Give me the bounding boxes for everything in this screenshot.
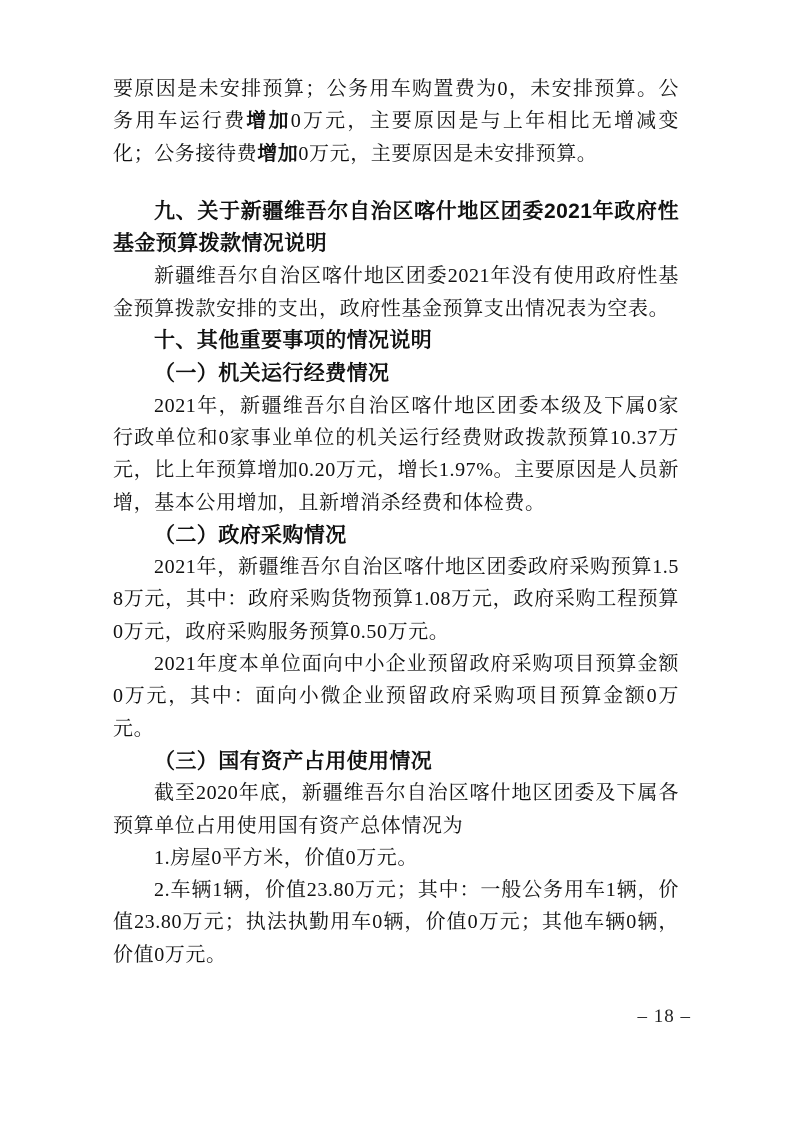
- section-heading: 九、关于新疆维吾尔自治区喀什地区团委2021年政府性基金预算拨款情况说明: [113, 196, 679, 261]
- paragraph: 2.车辆1辆，价值23.80万元；其中：一般公务用车1辆，价值23.80万元；执…: [113, 874, 679, 971]
- text-run: （三）国有资产占用使用情况: [154, 749, 432, 773]
- text-run: 九、关于新疆维吾尔自治区喀什地区团委2021年政府性基金预算拨款情况说明: [113, 200, 679, 255]
- text-run: 十、其他重要事项的情况说明: [154, 329, 432, 352]
- text-run: 新疆维吾尔自治区喀什地区团委2021年没有使用政府性基金预算拨款安排的支出，政府…: [113, 265, 679, 319]
- text-run: 2021年，新疆维吾尔自治区喀什地区团委本级及下属0家行政单位和0家事业单位的机…: [113, 395, 679, 514]
- paragraph: 2021年度本单位面向中小企业预留政府采购项目预算金额0万元，其中：面向小微企业…: [113, 648, 679, 745]
- sub-section-heading: （二）政府采购情况: [113, 519, 679, 551]
- document-page: 要原因是未安排预算；公务用车购置费为0，未安排预算。公务用车运行费增加0万元，主…: [0, 0, 793, 1122]
- paragraph: 2021年，新疆维吾尔自治区喀什地区团委本级及下属0家行政单位和0家事业单位的机…: [113, 390, 679, 519]
- paragraph: 2021年，新疆维吾尔自治区喀什地区团委政府采购预算1.58万元，其中：政府采购…: [113, 551, 679, 648]
- paragraph: 截至2020年底，新疆维吾尔自治区喀什地区团委及下属各预算单位占用使用国有资产总…: [113, 777, 679, 842]
- text-run: 0万元，主要原因是未安排预算。: [298, 143, 597, 165]
- emphasis-text: 增加: [246, 110, 290, 132]
- text-run: （一）机关运行经费情况: [154, 361, 389, 385]
- text-run: 1.房屋0平方米，价值0万元。: [154, 847, 418, 869]
- emphasis-text: 增加: [257, 143, 298, 165]
- paragraph: 1.房屋0平方米，价值0万元。: [113, 842, 679, 874]
- text-run: 2021年，新疆维吾尔自治区喀什地区团委政府采购预算1.58万元，其中：政府采购…: [113, 556, 679, 643]
- text-run: （二）政府采购情况: [154, 523, 347, 547]
- section-heading: 十、其他重要事项的情况说明: [113, 325, 679, 357]
- text-run: 2.车辆1辆，价值23.80万元；其中：一般公务用车1辆，价值23.80万元；执…: [113, 879, 679, 966]
- sub-section-heading: （一）机关运行经费情况: [113, 357, 679, 389]
- text-run: 2021年度本单位面向中小企业预留政府采购项目预算金额0万元，其中：面向小微企业…: [113, 653, 679, 740]
- text-run: 截至2020年底，新疆维吾尔自治区喀什地区团委及下属各预算单位占用使用国有资产总…: [113, 782, 679, 836]
- document-body: 要原因是未安排预算；公务用车购置费为0，未安排预算。公务用车运行费增加0万元，主…: [113, 73, 679, 971]
- paragraph: 要原因是未安排预算；公务用车购置费为0，未安排预算。公务用车运行费增加0万元，主…: [113, 73, 679, 170]
- page-number: – 18 –: [0, 1006, 691, 1028]
- paragraph: 新疆维吾尔自治区喀什地区团委2021年没有使用政府性基金预算拨款安排的支出，政府…: [113, 260, 679, 325]
- sub-section-heading: （三）国有资产占用使用情况: [113, 745, 679, 777]
